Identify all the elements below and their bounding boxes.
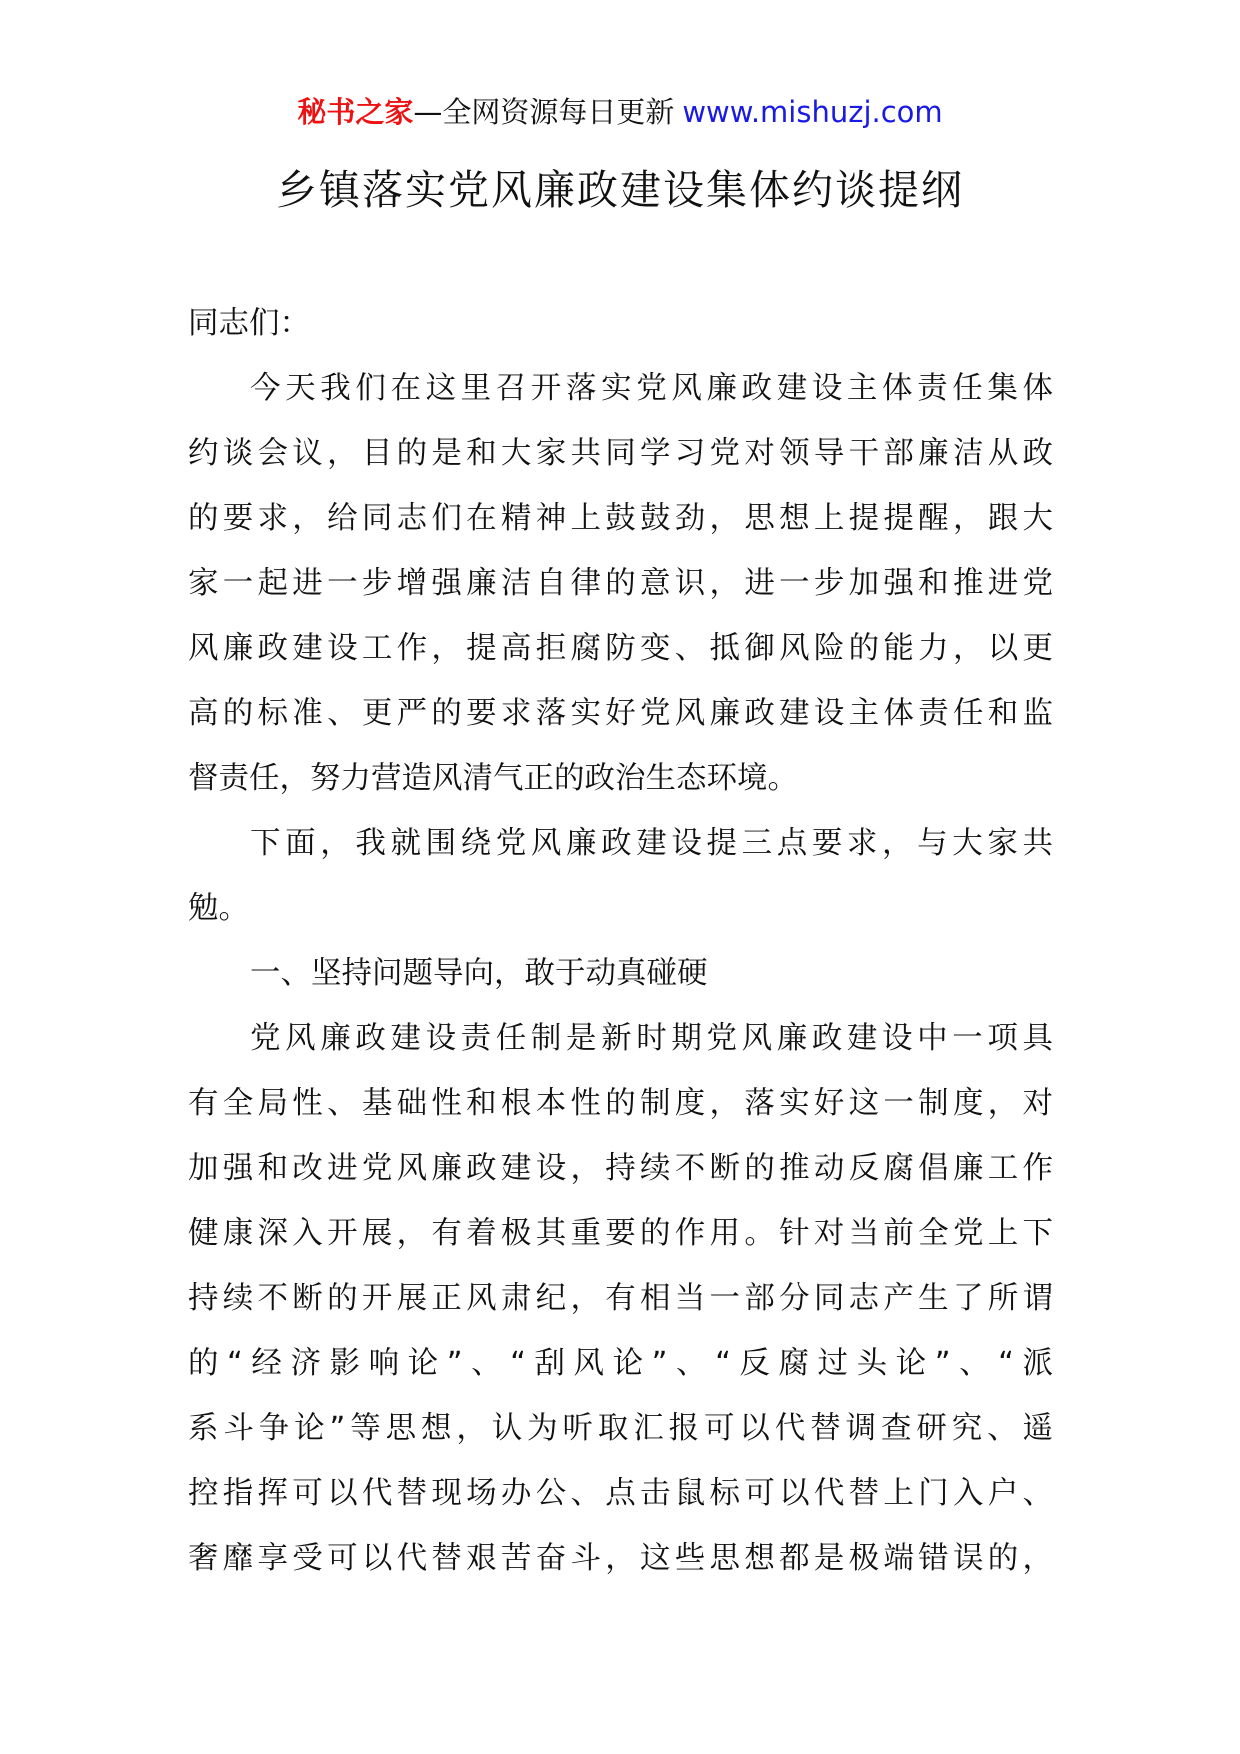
body-text-line: 的“经济影响论”、“刮风论”、“反腐过头论”、“派 — [188, 1342, 1053, 1386]
body-text-line: 持续不断的开展正风肃纪，有相当一部分同志产生了所谓 — [188, 1277, 1053, 1321]
body-text-line: 一、坚持问题导向，敢于动真碰硬 — [250, 952, 708, 996]
watermark-header: 秘书之家—全网资源每日更新www.mishuzj.com — [0, 92, 1240, 132]
body-text-line: 同志们： — [188, 302, 310, 346]
body-text-line: 加强和改进党风廉政建设，持续不断的推动反腐倡廉工作 — [188, 1147, 1053, 1191]
body-text-line: 系斗争论”等思想，认为听取汇报可以代替调查研究、遥 — [188, 1407, 1053, 1451]
body-text-line: 今天我们在这里召开落实党风廉政建设主体责任集体 — [250, 367, 1053, 411]
body-text-line: 健康深入开展，有着极其重要的作用。针对当前全党上下 — [188, 1212, 1053, 1256]
body-text-line: 有全局性、基础性和根本性的制度，落实好这一制度，对 — [188, 1082, 1053, 1126]
body-text-line: 督责任，努力营造风清气正的政治生态环境。 — [188, 757, 798, 801]
body-text-line: 高的标准、更严的要求落实好党风廉政建设主体责任和监 — [188, 692, 1053, 736]
site-url[interactable]: www.mishuzj.com — [682, 95, 942, 129]
body-text-line: 约谈会议，目的是和大家共同学习党对领导干部廉洁从政 — [188, 432, 1053, 476]
slogan: —全网资源每日更新 — [413, 95, 674, 129]
body-text-line: 党风廉政建设责任制是新时期党风廉政建设中一项具 — [250, 1017, 1053, 1061]
brand-name: 秘书之家 — [297, 95, 413, 129]
body-text-line: 风廉政建设工作，提高拒腐防变、抵御风险的能力，以更 — [188, 627, 1053, 671]
body-text-line: 下面，我就围绕党风廉政建设提三点要求，与大家共 — [250, 822, 1053, 866]
body-text-line: 控指挥可以代替现场办公、点击鼠标可以代替上门入户、 — [188, 1472, 1053, 1516]
body-text-line: 奢靡享受可以代替艰苦奋斗，这些思想都是极端错误的， — [188, 1537, 1053, 1581]
body-text-line: 的要求，给同志们在精神上鼓鼓劲，思想上提提醒，跟大 — [188, 497, 1053, 541]
body-text-line: 勉。 — [188, 887, 249, 931]
document-title: 乡镇落实党风廉政建设集体约谈提纲 — [0, 160, 1240, 220]
body-text-line: 家一起进一步增强廉洁自律的意识，进一步加强和推进党 — [188, 562, 1053, 606]
